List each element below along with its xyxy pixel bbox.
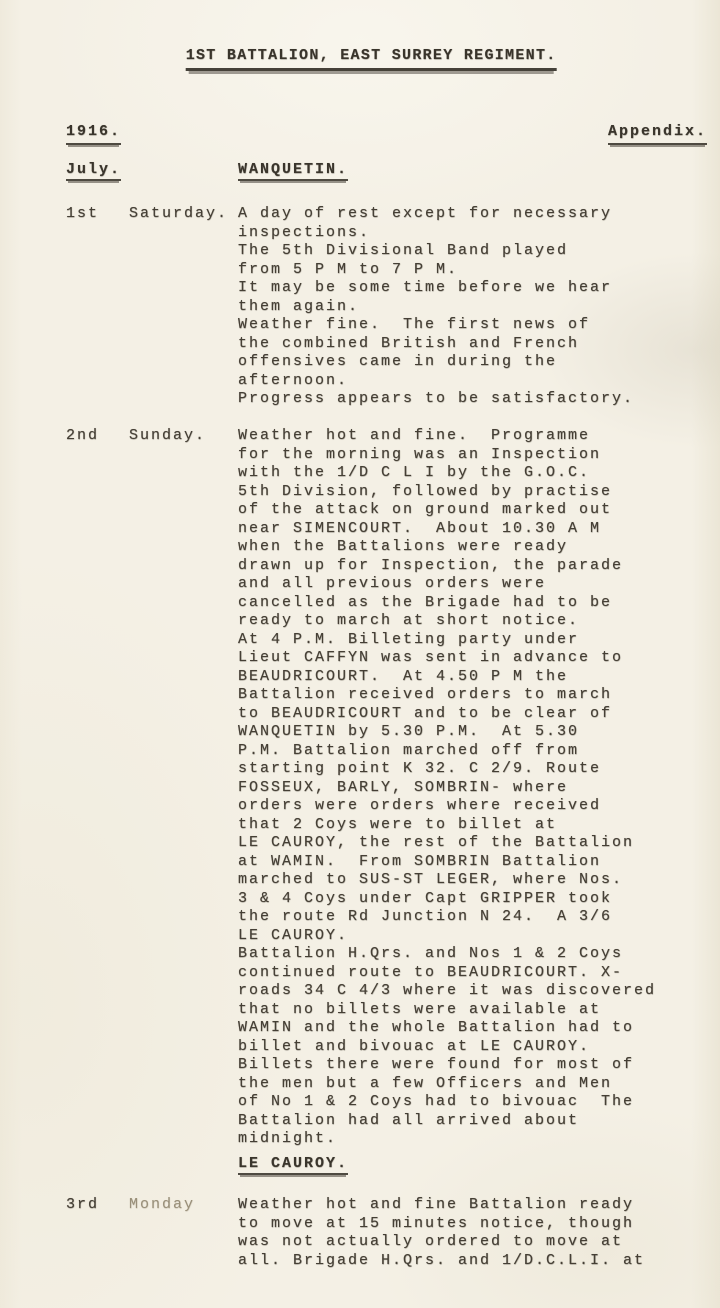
entry-line: drawn up for Inspection, the parade: [238, 557, 656, 576]
section-heading: LE CAUROY.: [238, 1155, 348, 1175]
entry-weekday: Sunday.: [129, 427, 238, 446]
month-label: July.: [66, 161, 121, 181]
entry-line: the route Rd Junction N 24. A 3/6: [238, 908, 656, 927]
entry-line: near SIMENCOURT. About 10.30 A M: [238, 520, 656, 539]
entry-day: 3rd: [66, 1196, 129, 1215]
heading-spacer: [66, 1155, 238, 1175]
entry-line: WAMIN and the whole Battalion had to: [238, 1019, 656, 1038]
entry-line: the men but a few Officers and Men: [238, 1075, 656, 1094]
entry-line: to move at 15 minutes notice, though: [238, 1215, 645, 1234]
entry-line: billet and bivouac at LE CAUROY.: [238, 1038, 656, 1057]
entry-line: Progress appears to be satisfactory.: [238, 390, 634, 409]
diary-entry: 3rdMondayWeather hot and fine Battalion …: [66, 1196, 716, 1270]
entry-line: that 2 Coys were to billet at: [238, 816, 656, 835]
entry-line: with the 1/D C L I by the G.O.C.: [238, 464, 656, 483]
entry-line: to BEAUDRICOURT and to be clear of: [238, 705, 656, 724]
entry-line: At 4 P.M. Billeting party under: [238, 631, 656, 650]
entry-day: 2nd: [66, 427, 129, 446]
entry-line: and all previous orders were: [238, 575, 656, 594]
diary-entry: 2ndSunday.Weather hot and fine. Programm…: [66, 427, 716, 1149]
section-heading-row: LE CAUROY.: [66, 1155, 716, 1175]
entry-weekday: Monday: [129, 1196, 238, 1215]
entry-day: 1st: [66, 205, 129, 224]
diary-entry: 1stSaturday.A day of rest except for nec…: [66, 205, 716, 409]
entry-line: was not actually ordered to move at: [238, 1233, 645, 1252]
entry-line: LE CAUROY, the rest of the Battalion: [238, 834, 656, 853]
entry-line: A day of rest except for necessary: [238, 205, 634, 224]
entry-line: offensives came in during the: [238, 353, 634, 372]
entry-text: A day of rest except for necessaryinspec…: [238, 205, 634, 409]
entry-line: 3 & 4 Coys under Capt GRIPPER took: [238, 890, 656, 909]
entry-line: of the attack on ground marked out: [238, 501, 656, 520]
month-cell: July.: [66, 161, 238, 181]
entry-line: them again.: [238, 298, 634, 317]
entry-line: orders were orders where received: [238, 797, 656, 816]
entry-line: that no billets were available at: [238, 1001, 656, 1020]
entry-line: LE CAUROY.: [238, 927, 656, 946]
entry-line: Battalion H.Qrs. and Nos 1 & 2 Coys: [238, 945, 656, 964]
scanned-diary-page: 1ST BATTALION, EAST SURREY REGIMENT. 191…: [0, 0, 720, 1308]
entry-line: of No 1 & 2 Coys had to bivouac The: [238, 1093, 656, 1112]
entry-line: WANQUETIN by 5.30 P.M. At 5.30: [238, 723, 656, 742]
diary-body: July.WANQUETIN.1stSaturday.A day of rest…: [66, 161, 716, 1270]
entry-line: FOSSEUX, BARLY, SOMBRIN- where: [238, 779, 656, 798]
entry-line: starting point K 32. C 2/9. Route: [238, 760, 656, 779]
entry-line: ready to march at short notice.: [238, 612, 656, 631]
entry-line: Weather fine. The first news of: [238, 316, 634, 335]
entry-line: all. Brigade H.Qrs. and 1/D.C.L.I. at: [238, 1252, 645, 1271]
entry-line: inspections.: [238, 224, 634, 243]
meta-row: 1916. Appendix.: [66, 123, 707, 145]
entry-text: Weather hot and fine Battalion readyto m…: [238, 1196, 645, 1270]
entry-line: Battalion received orders to march: [238, 686, 656, 705]
entry-line: roads 34 C 4/3 where it was discovered: [238, 982, 656, 1001]
entry-weekday: Saturday.: [129, 205, 238, 224]
entry-line: when the Battalions were ready: [238, 538, 656, 557]
entry-line: P.M. Battalion marched off from: [238, 742, 656, 761]
entry-line: 5th Division, followed by practise: [238, 483, 656, 502]
entry-line: continued route to BEAUDRICOURT. X-: [238, 964, 656, 983]
entry-line: Weather hot and fine Battalion ready: [238, 1196, 645, 1215]
entry-text: Weather hot and fine. Programmefor the m…: [238, 427, 656, 1149]
entry-line: Weather hot and fine. Programme: [238, 427, 656, 446]
section-heading: WANQUETIN.: [238, 161, 348, 181]
year-label: 1916.: [66, 123, 121, 145]
entry-line: midnight.: [238, 1130, 656, 1149]
entry-line: marched to SUS-ST LEGER, where Nos.: [238, 871, 656, 890]
appendix-label: Appendix.: [608, 123, 707, 145]
entry-line: Battalion had all arrived about: [238, 1112, 656, 1131]
entry-line: It may be some time before we hear: [238, 279, 634, 298]
entry-line: Lieut CAFFYN was sent in advance to: [238, 649, 656, 668]
document-title: 1ST BATTALION, EAST SURREY REGIMENT.: [186, 47, 557, 71]
entry-line: afternoon.: [238, 372, 634, 391]
entry-line: BEAUDRICOURT. At 4.50 P M the: [238, 668, 656, 687]
entry-line: at WAMIN. From SOMBRIN Battalion: [238, 853, 656, 872]
entry-line: Billets there were found for most of: [238, 1056, 656, 1075]
entry-line: the combined British and French: [238, 335, 634, 354]
entry-line: for the morning was an Inspection: [238, 446, 656, 465]
section-heading-row: July.WANQUETIN.: [66, 161, 716, 181]
entry-line: The 5th Divisional Band played: [238, 242, 634, 261]
entry-line: cancelled as the Brigade had to be: [238, 594, 656, 613]
entry-line: from 5 P M to 7 P M.: [238, 261, 634, 280]
